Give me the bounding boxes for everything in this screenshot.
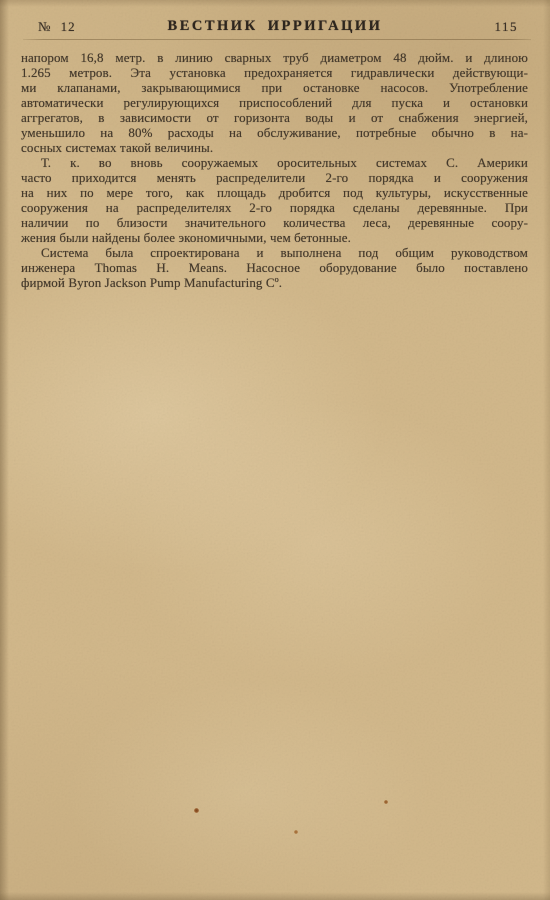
text-line: ми клапанами, закрывающимися при останов… [21,80,528,95]
text-line: часто приходится менять распределители 2… [21,170,528,185]
text-line: автоматически регулирующихся приспособле… [21,95,528,110]
foxing-spot [294,830,298,834]
text-line: уменьшило на 80% расходы на обслуживание… [21,125,528,140]
article-text: напором 16,8 метр. в линию сварных труб … [21,50,528,290]
journal-title: ВЕСТНИК ИРРИГАЦИИ [0,18,550,35]
text-line: жения были найдены более экономичными, ч… [21,230,528,245]
foxing-spot [194,808,199,813]
text-line: сооружения на распределителях 2-го поряд… [21,200,528,215]
text-line: аггрегатов, в зависимости от горизонта в… [21,110,528,125]
header-rule [23,39,531,40]
scanned-document-page: № 12 ВЕСТНИК ИРРИГАЦИИ 115 напором 16,8 … [0,0,550,900]
foxing-spot [384,800,388,804]
text-line: 1.265 метров. Эта установка предохраняет… [21,65,528,80]
text-line: Система была спроектирована и выполнена … [21,245,528,260]
text-line: сосных системах такой величины. [21,140,528,155]
text-line: напором 16,8 метр. в линию сварных труб … [21,50,528,65]
text-line: фирмой Byron Jackson Pump Manufacturing … [21,275,528,290]
text-line: Т. к. во вновь сооружаемых оросительных … [21,155,528,170]
text-line: на них по мере того, как площадь дробитс… [21,185,528,200]
text-line: инженера Thomas H. Means. Насосное обору… [21,260,528,275]
page-number: 115 [494,19,518,35]
text-line: наличии по близости значительного количе… [21,215,528,230]
